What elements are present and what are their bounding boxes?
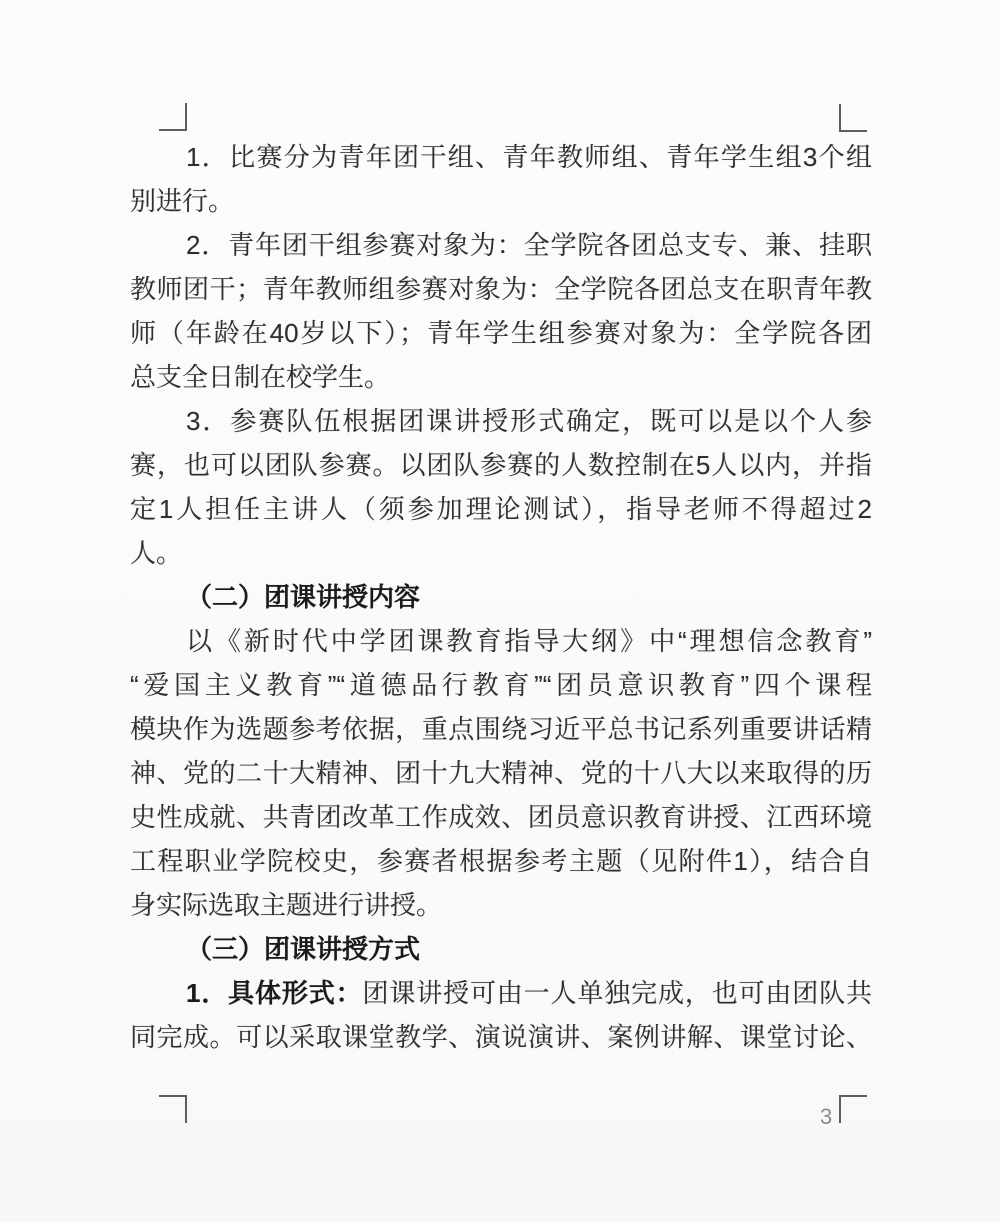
margin-mark-bottom-right-icon bbox=[839, 1095, 867, 1123]
bold-text-segment: 1．具体形式： bbox=[186, 978, 363, 1008]
text-segment: 身实际选取主题进行讲授。 bbox=[130, 890, 442, 920]
page-number: 3 bbox=[820, 1102, 832, 1132]
text-line: 1．比赛分为青年团干组、青年教师组、青年学生组3个组 bbox=[130, 135, 872, 179]
text-segment: 2．青年团干组参赛对象为：全学院各团总支专、兼、挂职 bbox=[186, 230, 872, 260]
document-body: 1．比赛分为青年团干组、青年教师组、青年学生组3个组别进行。2．青年团干组参赛对… bbox=[130, 135, 872, 1059]
text-segment: 别进行。 bbox=[130, 186, 234, 216]
text-line: 以《新时代中学团课教育指导大纲》中“理想信念教育” bbox=[130, 619, 872, 663]
text-line: 总支全日制在校学生。 bbox=[130, 355, 872, 399]
text-line: 3．参赛队伍根据团课讲授形式确定，既可以是以个人参 bbox=[130, 399, 872, 443]
text-line: 神、党的二十大精神、团十九大精神、党的十八大以来取得的历 bbox=[130, 751, 872, 795]
text-segment: 同完成。可以采取课堂教学、演说演讲、案例讲解、课堂讨论、 bbox=[130, 1022, 872, 1052]
document-page: 1．比赛分为青年团干组、青年教师组、青年学生组3个组别进行。2．青年团干组参赛对… bbox=[0, 0, 1000, 1222]
bold-text-segment: （二）团课讲授内容 bbox=[186, 582, 420, 612]
heading-line: （三）团课讲授方式 bbox=[130, 927, 872, 971]
text-segment: 教师团干；青年教师组参赛对象为：全学院各团总支在职青年教 bbox=[130, 274, 872, 304]
bold-text-segment: （三）团课讲授方式 bbox=[186, 934, 420, 964]
text-line: 人。 bbox=[130, 531, 872, 575]
text-line: 同完成。可以采取课堂教学、演说演讲、案例讲解、课堂讨论、 bbox=[130, 1015, 872, 1059]
text-segment: 神、党的二十大精神、团十九大精神、党的十八大以来取得的历 bbox=[130, 758, 872, 788]
text-segment: 师（年龄在40岁以下）；青年学生组参赛对象为：全学院各团 bbox=[130, 318, 872, 348]
text-segment: “爱国主义教育”“道德品行教育”“团员意识教育”四个课程 bbox=[130, 670, 872, 700]
margin-mark-top-left-icon bbox=[159, 103, 187, 131]
text-segment: 总支全日制在校学生。 bbox=[130, 362, 390, 392]
text-segment: 1．比赛分为青年团干组、青年教师组、青年学生组3个组 bbox=[186, 142, 872, 172]
text-line: 史性成就、共青团改革工作成效、团员意识教育讲授、江西环境 bbox=[130, 795, 872, 839]
text-line: “爱国主义教育”“道德品行教育”“团员意识教育”四个课程 bbox=[130, 663, 872, 707]
text-line: 身实际选取主题进行讲授。 bbox=[130, 883, 872, 927]
text-segment: 赛，也可以团队参赛。以团队参赛的人数控制在5人以内，并指 bbox=[130, 450, 872, 480]
text-line: 定1人担任主讲人（须参加理论测试），指导老师不得超过2 bbox=[130, 487, 872, 531]
text-line: 教师团干；青年教师组参赛对象为：全学院各团总支在职青年教 bbox=[130, 267, 872, 311]
text-line: 工程职业学院校史，参赛者根据参考主题（见附件1），结合自 bbox=[130, 839, 872, 883]
text-line: 模块作为选题参考依据，重点围绕习近平总书记系列重要讲话精 bbox=[130, 707, 872, 751]
text-line: 1．具体形式：团课讲授可由一人单独完成，也可由团队共 bbox=[130, 971, 872, 1015]
text-line: 2．青年团干组参赛对象为：全学院各团总支专、兼、挂职 bbox=[130, 223, 872, 267]
text-line: 师（年龄在40岁以下）；青年学生组参赛对象为：全学院各团 bbox=[130, 311, 872, 355]
text-line: 赛，也可以团队参赛。以团队参赛的人数控制在5人以内，并指 bbox=[130, 443, 872, 487]
text-segment: 以《新时代中学团课教育指导大纲》中“理想信念教育” bbox=[186, 626, 872, 656]
margin-mark-bottom-left-icon bbox=[159, 1095, 187, 1123]
text-line: 别进行。 bbox=[130, 179, 872, 223]
heading-line: （二）团课讲授内容 bbox=[130, 575, 872, 619]
text-segment: 3．参赛队伍根据团课讲授形式确定，既可以是以个人参 bbox=[186, 406, 872, 436]
text-segment: 工程职业学院校史，参赛者根据参考主题（见附件1），结合自 bbox=[130, 846, 872, 876]
text-segment: 模块作为选题参考依据，重点围绕习近平总书记系列重要讲话精 bbox=[130, 714, 872, 744]
margin-mark-top-right-icon bbox=[839, 104, 867, 132]
text-segment: 定1人担任主讲人（须参加理论测试），指导老师不得超过2 bbox=[130, 494, 872, 524]
text-segment: 团课讲授可由一人单独完成，也可由团队共 bbox=[363, 978, 873, 1008]
text-segment: 史性成就、共青团改革工作成效、团员意识教育讲授、江西环境 bbox=[130, 802, 872, 832]
text-segment: 人。 bbox=[130, 538, 182, 568]
